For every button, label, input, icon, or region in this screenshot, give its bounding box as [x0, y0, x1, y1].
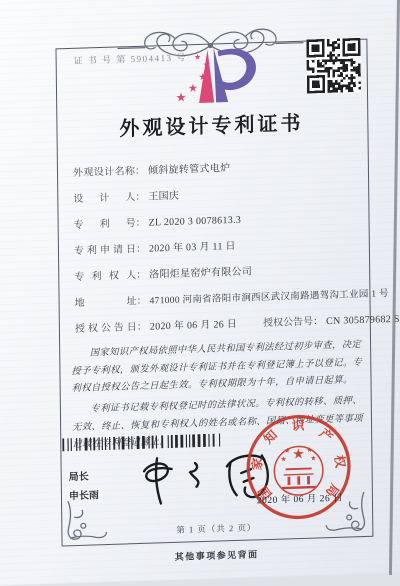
- officer-block: 局长 申长雨: [69, 467, 99, 506]
- field-label: 外观设计名称: [73, 162, 135, 179]
- field-label: 授权公告号: [263, 316, 313, 329]
- qr-code-icon: [306, 38, 361, 94]
- field-value: 王国庆: [148, 191, 179, 203]
- official-seal-icon: 国家知识产权局: [242, 409, 355, 525]
- officer-name: 申长雨: [69, 486, 99, 506]
- back-side-note: 其他事项参见背面: [62, 544, 372, 567]
- certificate-page: 证 书 号 第 5904413 号: [0, 0, 400, 569]
- svg-text:权: 权: [332, 454, 348, 469]
- legal-paragraph: 国家知识产权局依照中华人民共和国专利法经过初步审查，决定授予专利权，颁发外观设计…: [71, 337, 368, 399]
- field-label: 授权公告日: [75, 318, 137, 335]
- svg-text:家: 家: [249, 457, 265, 471]
- scanned-certificate: 证 书 号 第 5904413 号: [0, 0, 400, 569]
- officer-title: 局长: [69, 467, 99, 487]
- field-label: 设计人: [73, 188, 135, 205]
- field-label: 地址: [74, 292, 136, 309]
- cnipa-logo-icon: [161, 43, 258, 108]
- field-label: 专利申请日: [74, 240, 136, 257]
- field-label: 专利权人: [74, 266, 136, 283]
- svg-text:识: 识: [292, 417, 305, 432]
- field-label: 专利号: [74, 214, 136, 231]
- field-value: CN 305879682 S: [326, 314, 400, 327]
